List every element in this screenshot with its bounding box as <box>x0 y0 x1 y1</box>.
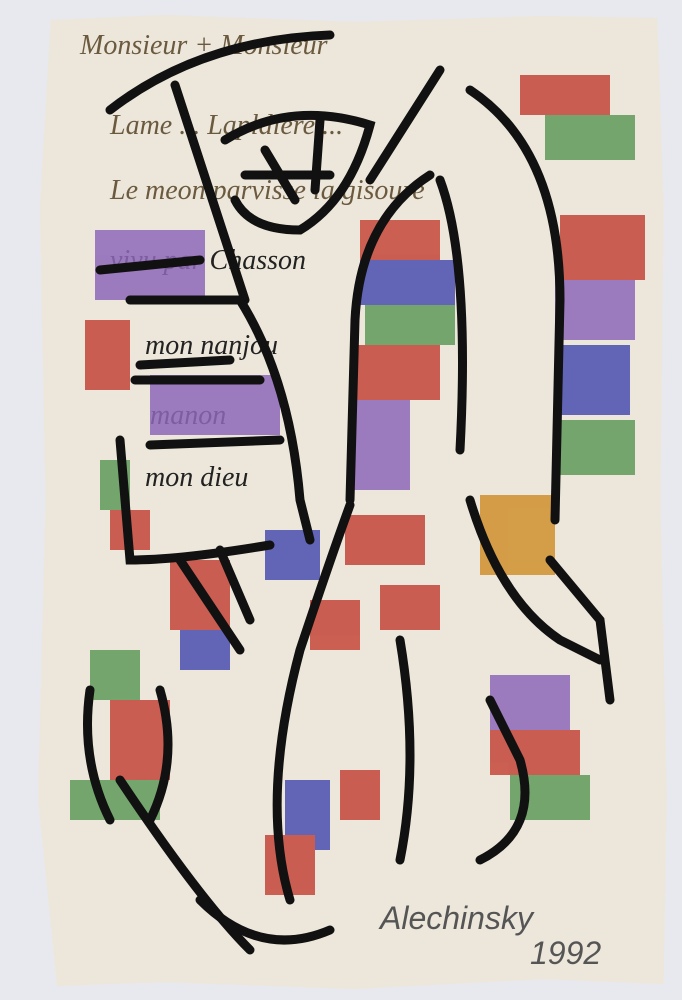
brush-strokes <box>0 0 682 1000</box>
signature-year: 1992 <box>530 935 601 972</box>
artist-signature: Alechinsky <box>380 900 533 937</box>
